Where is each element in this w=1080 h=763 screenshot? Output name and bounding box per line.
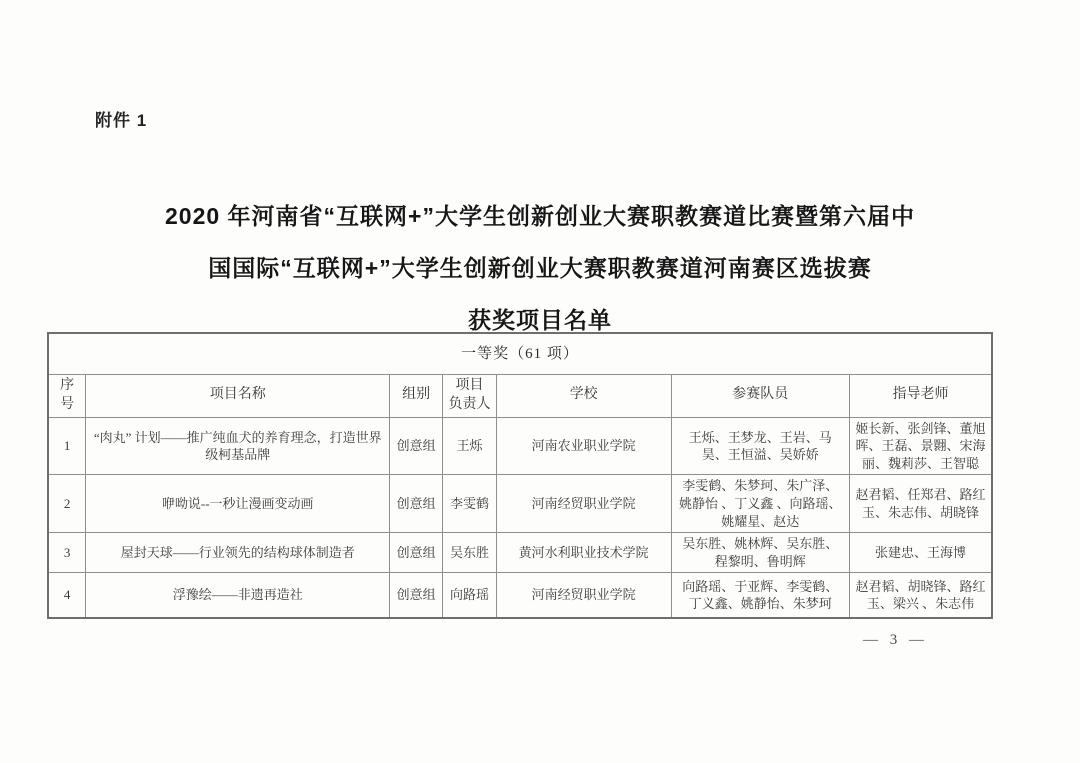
- section-header-row: 一等奖（61 项）: [48, 333, 992, 375]
- cell-advisors: 姬长新、张剑锋、董旭晖、王磊、景翾、宋海丽、魏莉莎、王智聪: [849, 417, 992, 475]
- col-header-school: 学校: [496, 375, 671, 418]
- cell-index: 3: [48, 533, 86, 573]
- table-row: 3 屋封天球——行业领先的结构球体制造者 创意组 吴东胜 黄河水利职业技术学院 …: [48, 533, 992, 573]
- cell-index: 2: [48, 475, 86, 533]
- cell-group: 创意组: [390, 475, 443, 533]
- col-header-group: 组别: [390, 375, 443, 418]
- cell-leader: 王烁: [443, 417, 497, 475]
- table-row: 2 咿呦说--一秒让漫画变动画 创意组 李雯鹤 河南经贸职业学院 李雯鹤、朱梦珂…: [48, 475, 992, 533]
- col-header-advisors: 指导老师: [849, 375, 992, 418]
- cell-members: 王烁、王梦龙、王岩、马昊、王恒溢、吴娇娇: [671, 417, 849, 475]
- section-header: 一等奖（61 项）: [48, 333, 992, 375]
- page-number: — 3 —: [863, 632, 928, 649]
- cell-leader: 吴东胜: [443, 533, 497, 573]
- cell-group: 创意组: [390, 573, 443, 619]
- cell-advisors: 赵君韬、任郑君、路红玉、朱志伟、胡晓锋: [849, 475, 992, 533]
- col-header-index: 序 号: [48, 375, 86, 418]
- document-title: 2020 年河南省“互联网+”大学生创新创业大赛职教赛道比赛暨第六届中 国国际“…: [0, 190, 1080, 346]
- col-header-members: 参赛队员: [671, 375, 849, 418]
- cell-index: 4: [48, 573, 86, 619]
- cell-members: 李雯鹤、朱梦珂、朱广泽、姚静怡 、丁义鑫 、向路瑶、姚耀星、赵达: [671, 475, 849, 533]
- cell-group: 创意组: [390, 533, 443, 573]
- column-header-row: 序 号 项目名称 组别 项目 负责人 学校 参赛队员 指导老师: [48, 375, 992, 418]
- cell-school: 河南经贸职业学院: [496, 573, 671, 619]
- cell-project: “肉丸” 计划——推广纯血犬的养育理念，打造世界级柯基品牌: [86, 417, 390, 475]
- cell-project: 屋封天球——行业领先的结构球体制造者: [86, 533, 390, 573]
- cell-group: 创意组: [390, 417, 443, 475]
- cell-index: 1: [48, 417, 86, 475]
- cell-advisors: 赵君韬、胡晓锋、路红玉、梁兴 、朱志伟: [849, 573, 992, 619]
- cell-project: 浮豫绘——非遗再造社: [86, 573, 390, 619]
- table-row: 4 浮豫绘——非遗再造社 创意组 向路瑶 河南经贸职业学院 向路瑶、于亚辉、李雯…: [48, 573, 992, 619]
- table-row: 1 “肉丸” 计划——推广纯血犬的养育理念，打造世界级柯基品牌 创意组 王烁 河…: [48, 417, 992, 475]
- cell-school: 河南经贸职业学院: [496, 475, 671, 533]
- cell-leader: 向路瑶: [443, 573, 497, 619]
- awards-table: 一等奖（61 项） 序 号 项目名称 组别 项目 负责人 学校 参赛队员 指导老…: [47, 332, 993, 619]
- document-page: 附件 1 2020 年河南省“互联网+”大学生创新创业大赛职教赛道比赛暨第六届中…: [0, 0, 1080, 763]
- cell-project: 咿呦说--一秒让漫画变动画: [86, 475, 390, 533]
- cell-advisors: 张建忠、王海博: [849, 533, 992, 573]
- cell-school: 黄河水利职业技术学院: [496, 533, 671, 573]
- document-title-line-1: 2020 年河南省“互联网+”大学生创新创业大赛职教赛道比赛暨第六届中: [0, 190, 1080, 242]
- document-title-line-2: 国国际“互联网+”大学生创新创业大赛职教赛道河南赛区选拔赛: [0, 242, 1080, 294]
- cell-members: 向路瑶、于亚辉、李雯鹤、丁义鑫、姚静怡、朱梦珂: [671, 573, 849, 619]
- cell-leader: 李雯鹤: [443, 475, 497, 533]
- cell-members: 吴东胜、姚林辉、吴东胜、程黎明、鲁明辉: [671, 533, 849, 573]
- col-header-leader: 项目 负责人: [443, 375, 497, 418]
- cell-school: 河南农业职业学院: [496, 417, 671, 475]
- col-header-project: 项目名称: [86, 375, 390, 418]
- attachment-label: 附件 1: [95, 106, 147, 131]
